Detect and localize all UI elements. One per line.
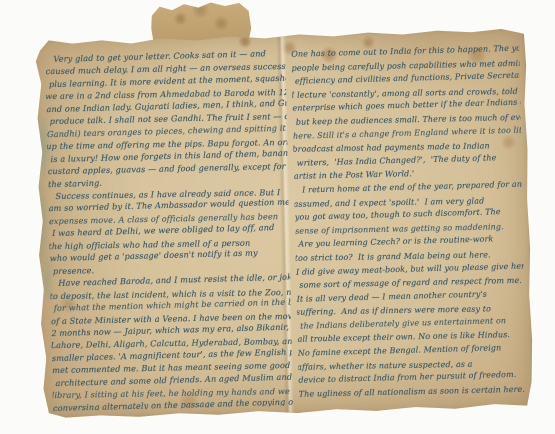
left-page-text: Very glad to get your letter. Cooks sat … bbox=[45, 48, 293, 411]
letter-paper: Very glad to get your letter. Cooks sat … bbox=[33, 28, 534, 420]
photo-background: Very glad to get your letter. Cooks sat … bbox=[0, 0, 555, 434]
right-page-text: One has to come out to India for this to… bbox=[291, 43, 527, 406]
